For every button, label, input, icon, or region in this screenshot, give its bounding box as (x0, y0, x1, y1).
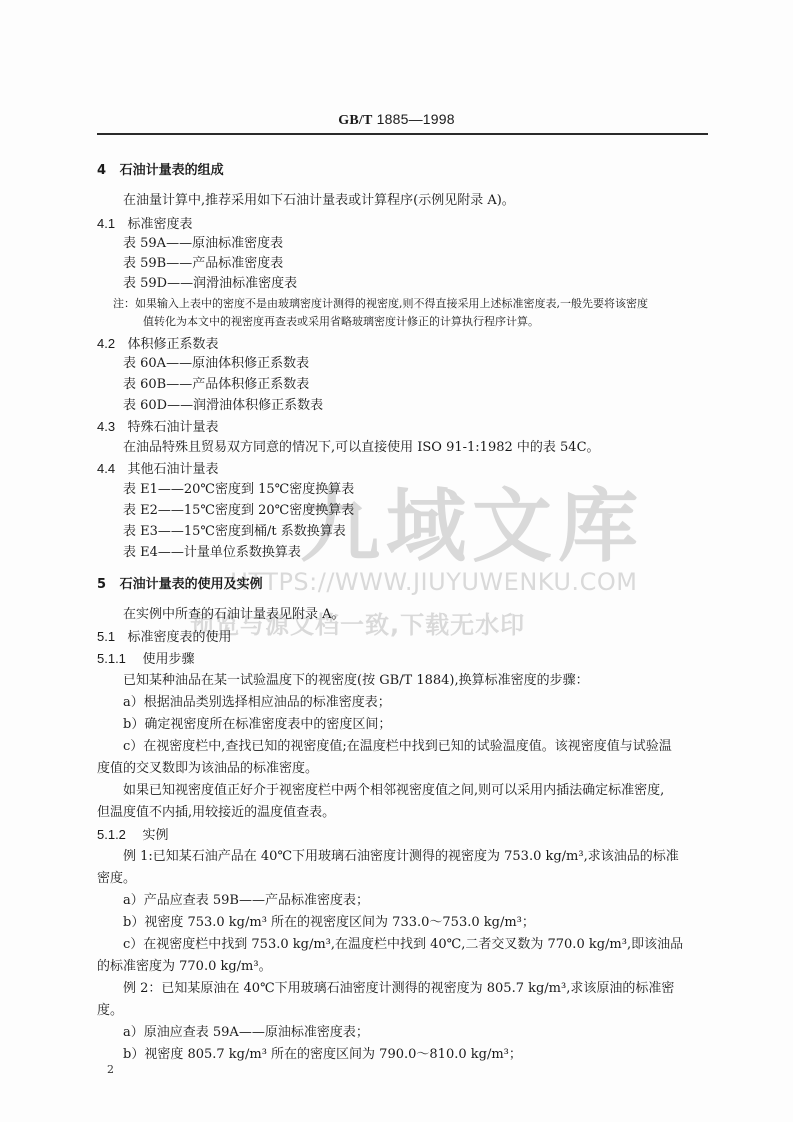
table-list-item: 表 60A——原油体积修正系数表 (123, 356, 309, 372)
example-1-line-2: 密度。 (97, 871, 136, 887)
section-5-heading: 5 石油计量表的使用及实例 (97, 577, 263, 593)
section-title: 特殊石油计量表 (127, 420, 218, 435)
procedure-step-c-line-2: 度值的交叉数即为该油品的标准密度。 (97, 761, 318, 777)
table-list-item: 表 60D——润滑油体积修正系数表 (123, 398, 323, 414)
note-line-1: 注：如果输入上表中的密度不是由玻璃密度计测得的视密度,则不得直接采用上述标准密度… (113, 296, 648, 312)
example-1-step-b: b）视密度 753.0 kg/m³ 所在的视密度区间为 733.0～753.0 … (123, 915, 535, 931)
section-number: 4.2 (97, 336, 115, 352)
section-number: 4.1 (97, 216, 115, 232)
section-number: 5.1.2 (97, 827, 126, 843)
example-1-line-1: 例 1:已知某石油产品在 40℃下用玻璃石油密度计测得的视密度为 753.0 k… (123, 849, 679, 865)
section-title: 实例 (142, 828, 168, 843)
section-4-3-heading: 4.3 特殊石油计量表 (97, 419, 219, 436)
example-1-step-c-line-1: c）在视密度栏中找到 753.0 kg/m³,在温度栏中找到 40℃,二者交叉数… (123, 937, 683, 953)
section-4-1-heading: 4.1 标准密度表 (97, 216, 193, 233)
example-2-step-a: a）原油应查表 59A——原油标准密度表； (123, 1025, 369, 1041)
table-list-item: 表 E1——20℃密度到 15℃密度换算表 (123, 482, 354, 498)
section-4-3-text: 在油品特殊且贸易双方同意的情况下,可以直接使用 ISO 91-1:1982 中的… (123, 440, 600, 456)
standard-code-prefix: GB/T (338, 113, 372, 128)
page-number: 2 (107, 1063, 114, 1076)
table-list-item: 表 59B——产品标准密度表 (123, 256, 283, 272)
standard-code-header: GB/T 1885—1998 (0, 111, 793, 129)
section-4-2-heading: 4.2 体积修正系数表 (97, 336, 219, 353)
interpolation-line-2: 但温度值不内插,用较接近的温度值查表。 (97, 805, 335, 821)
section-5-intro: 在实例中所查的石油计量表见附录 A。 (123, 607, 345, 623)
section-5-1-2-heading: 5.1.2 实例 (97, 827, 168, 844)
table-list-item: 表 E3——15℃密度到桶/t 系数换算表 (123, 524, 346, 540)
example-1-step-a: a）产品应查表 59B——产品标准密度表； (123, 893, 369, 909)
section-title: 体积修正系数表 (127, 337, 218, 352)
procedure-step-c-line-1: c）在视密度栏中,查找已知的视密度值;在温度栏中找到已知的试验温度值。该视密度值… (123, 739, 672, 755)
section-title: 使用步骤 (142, 652, 194, 667)
table-list-item: 表 E2——15℃密度到 20℃密度换算表 (123, 503, 354, 519)
table-list-item: 表 E4——计量单位系数换算表 (123, 545, 301, 561)
note-line-2: 值转化为本文中的视密度再查表或采用省略玻璃密度计修正的计算执行程序计算。 (143, 314, 539, 330)
section-title: 石油计量表的使用及实例 (120, 577, 263, 592)
section-number: 4.4 (97, 461, 115, 477)
section-title: 石油计量表的组成 (120, 163, 224, 178)
section-4-heading: 4 石油计量表的组成 (97, 163, 224, 179)
procedure-step-a: a）根据油品类别选择相应油品的标准密度表； (123, 695, 391, 711)
section-5-1-1-heading: 5.1.1 使用步骤 (97, 651, 194, 668)
standard-code-number: 1885—1998 (377, 111, 455, 127)
table-list-item: 表 59A——原油标准密度表 (123, 236, 283, 252)
example-2-line-1: 例 2：已知某原油在 40℃下用玻璃石油密度计测得的视密度为 805.7 kg/… (123, 981, 674, 997)
section-number: 5.1.1 (97, 651, 126, 667)
watermark-url: HTTPS://WWW.JIUYUWENKU.COM (230, 568, 637, 596)
watermark-brand: 九域文库 (300, 462, 644, 577)
procedure-intro: 已知某种油品在某一试验温度下的视密度(按 GB/T 1884),换算标准密度的步… (123, 673, 589, 689)
section-title: 其他石油计量表 (127, 462, 218, 477)
section-number: 5 (97, 577, 106, 592)
section-title: 标准密度表 (127, 217, 192, 232)
section-number: 5.1 (97, 629, 115, 645)
section-title: 标准密度表的使用 (127, 630, 231, 645)
section-4-4-heading: 4.4 其他石油计量表 (97, 461, 219, 478)
example-2-line-2: 度。 (97, 1003, 123, 1019)
table-list-item: 表 60B——产品体积修正系数表 (123, 377, 309, 393)
section-number: 4.3 (97, 419, 115, 435)
example-1-step-c-line-2: 的标准密度为 770.0 kg/m³。 (97, 959, 272, 975)
table-list-item: 表 59D——润滑油标准密度表 (123, 276, 297, 292)
header-divider (97, 133, 708, 135)
procedure-step-b: b）确定视密度所在标准密度表中的密度区间； (123, 717, 391, 733)
document-page: 九域文库 HTTPS://WWW.JIUYUWENKU.COM 预览与源文档一致… (0, 0, 793, 1122)
section-4-intro: 在油量计算中,推荐采用如下石油计量表或计算程序(示例见附录 A)。 (123, 193, 515, 209)
section-number: 4 (97, 163, 106, 178)
example-2-step-b: b）视密度 805.7 kg/m³ 所在的密度区间为 790.0～810.0 k… (123, 1047, 522, 1063)
interpolation-line-1: 如果已知视密度值正好介于视密度栏中两个相邻视密度值之间,则可以采用内插法确定标准… (123, 783, 664, 799)
section-5-1-heading: 5.1 标准密度表的使用 (97, 629, 232, 646)
